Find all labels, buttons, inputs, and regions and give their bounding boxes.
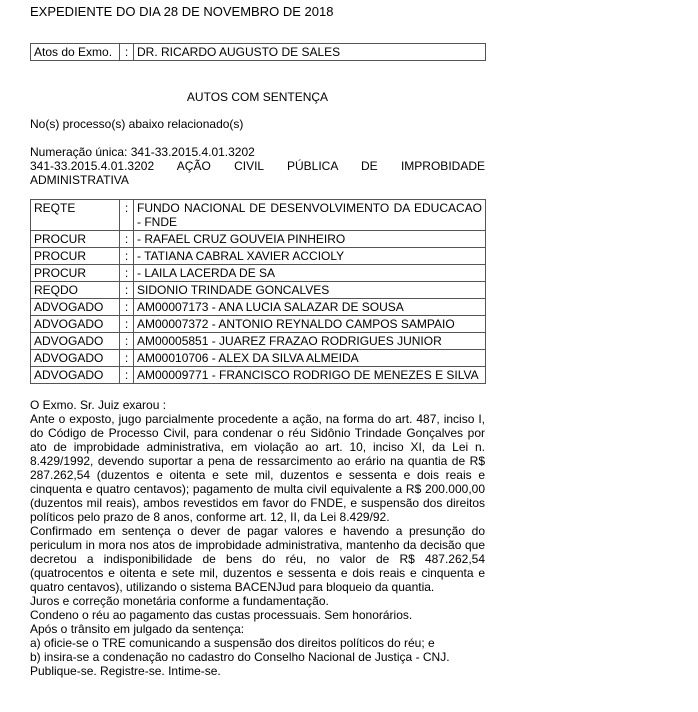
separator: : — [120, 282, 134, 299]
role-cell: ADVOGADO — [31, 299, 120, 316]
name-cell: AM00007372 - ANTONIO REYNALDO CAMPOS SAM… — [134, 316, 486, 333]
parties-table: REQTE : FUNDO NACIONAL DE DESENVOLVIMENT… — [30, 199, 486, 384]
decision-paragraph: b) insira-se a condenação no cadastro do… — [30, 650, 485, 664]
role-cell: ADVOGADO — [31, 350, 120, 367]
name-cell: AM00009771 - FRANCISCO RODRIGO DE MENEZE… — [134, 367, 486, 384]
decision-paragraph: Ante o exposto, jugo parcialmente proced… — [30, 412, 485, 524]
table-row: PROCUR : - TATIANA CABRAL XAVIER ACCIOLY — [31, 248, 486, 265]
numbering-line: Numeração única: 341-33.2015.4.01.3202 — [30, 145, 485, 159]
separator: : — [120, 231, 134, 248]
header-label: Atos do Exmo. — [31, 44, 120, 61]
role-cell: ADVOGADO — [31, 367, 120, 384]
name-cell: SIDONIO TRINDADE GONCALVES — [134, 282, 486, 299]
table-row: ADVOGADO : AM00005851 - JUAREZ FRAZAO RO… — [31, 333, 486, 350]
name-cell: AM00007173 - ANA LUCIA SALAZAR DE SOUSA — [134, 299, 486, 316]
decision-text-block: O Exmo. Sr. Juiz exarou : Ante o exposto… — [30, 398, 485, 678]
separator: : — [120, 200, 134, 231]
case-numbering-block: Numeração única: 341-33.2015.4.01.3202 3… — [30, 145, 485, 187]
table-row: PROCUR : - RAFAEL CRUZ GOUVEIA PINHEIRO — [31, 231, 486, 248]
table-row: REQTE : FUNDO NACIONAL DE DESENVOLVIMENT… — [31, 200, 486, 231]
document-page: EXPEDIENTE DO DIA 28 DE NOVEMBRO DE 2018… — [30, 0, 485, 678]
decision-paragraph: Após o trânsito em julgado da sentença: — [30, 622, 485, 636]
decision-paragraph: Publique-se. Registre-se. Intime-se. — [30, 664, 485, 678]
separator: : — [120, 248, 134, 265]
role-cell: REQTE — [31, 200, 120, 231]
separator: : — [120, 333, 134, 350]
header-row: Atos do Exmo. : DR. RICARDO AUGUSTO DE S… — [31, 44, 486, 61]
table-row: REQDO : SIDONIO TRINDADE GONCALVES — [31, 282, 486, 299]
decision-paragraph: O Exmo. Sr. Juiz exarou : — [30, 398, 485, 412]
header-table: Atos do Exmo. : DR. RICARDO AUGUSTO DE S… — [30, 43, 486, 61]
separator: : — [120, 316, 134, 333]
name-cell: FUNDO NACIONAL DE DESENVOLVIMENTO DA EDU… — [134, 200, 486, 231]
role-cell: ADVOGADO — [31, 333, 120, 350]
role-cell: PROCUR — [31, 248, 120, 265]
separator: : — [120, 265, 134, 282]
case-line: 341-33.2015.4.01.3202 AÇÃO CIVIL PÚBLICA… — [30, 159, 485, 187]
role-cell: ADVOGADO — [31, 316, 120, 333]
section-heading: AUTOS COM SENTENÇA — [30, 90, 485, 104]
separator: : — [120, 299, 134, 316]
role-cell: REQDO — [31, 282, 120, 299]
name-cell: AM00005851 - JUAREZ FRAZAO RODRIGUES JUN… — [134, 333, 486, 350]
separator: : — [120, 350, 134, 367]
intro-line: No(s) processo(s) abaixo relacionado(s) — [30, 117, 485, 131]
name-cell: - RAFAEL CRUZ GOUVEIA PINHEIRO — [134, 231, 486, 248]
name-cell: AM00010706 - ALEX DA SILVA ALMEIDA — [134, 350, 486, 367]
table-row: PROCUR : - LAILA LACERDA DE SA — [31, 265, 486, 282]
separator: : — [120, 44, 134, 61]
header-value: DR. RICARDO AUGUSTO DE SALES — [134, 44, 486, 61]
table-row: ADVOGADO : AM00009771 - FRANCISCO RODRIG… — [31, 367, 486, 384]
name-cell: - TATIANA CABRAL XAVIER ACCIOLY — [134, 248, 486, 265]
table-row: ADVOGADO : AM00007173 - ANA LUCIA SALAZA… — [31, 299, 486, 316]
decision-paragraph: Condeno o réu ao pagamento das custas pr… — [30, 608, 485, 622]
role-cell: PROCUR — [31, 265, 120, 282]
decision-paragraph: Juros e correção monetária conforme a fu… — [30, 594, 485, 608]
name-cell: - LAILA LACERDA DE SA — [134, 265, 486, 282]
separator: : — [120, 367, 134, 384]
table-row: ADVOGADO : AM00007372 - ANTONIO REYNALDO… — [31, 316, 486, 333]
decision-paragraph: a) oficie-se o TRE comunicando a suspens… — [30, 636, 485, 650]
decision-paragraph: Confirmado em sentença o dever de pagar … — [30, 524, 485, 594]
table-row: ADVOGADO : AM00010706 - ALEX DA SILVA AL… — [31, 350, 486, 367]
page-title: EXPEDIENTE DO DIA 28 DE NOVEMBRO DE 2018 — [30, 5, 485, 19]
role-cell: PROCUR — [31, 231, 120, 248]
